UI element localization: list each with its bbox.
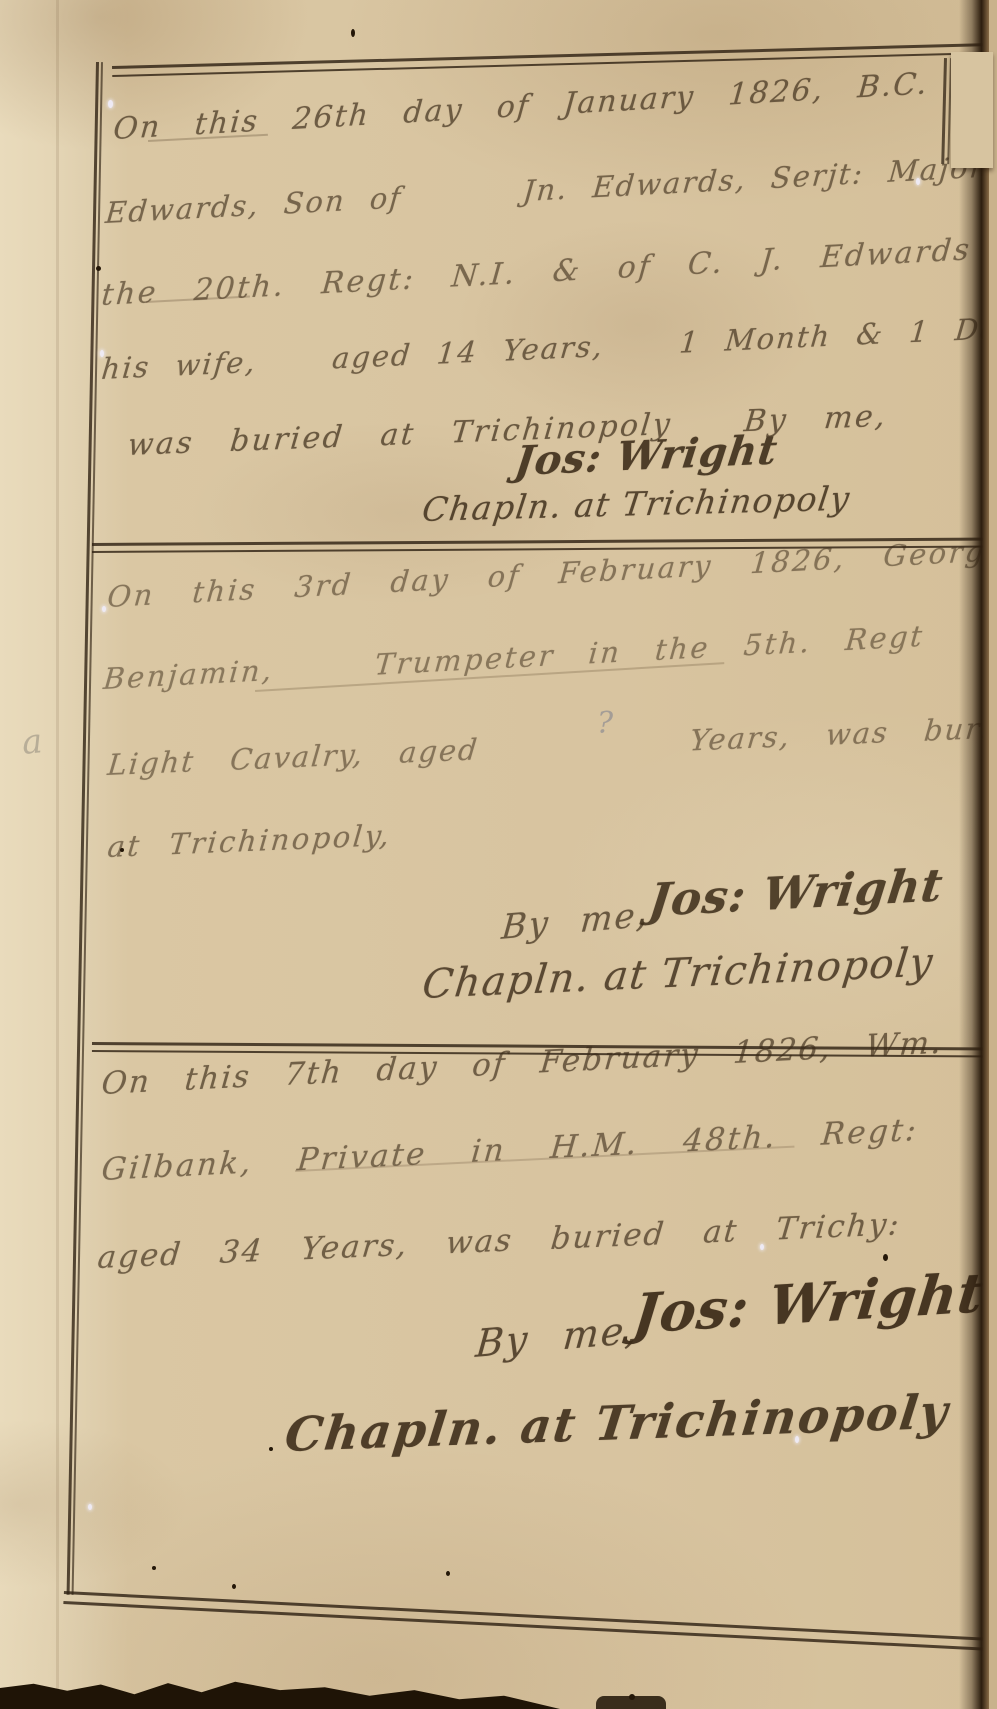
- paper-glint: [916, 178, 920, 185]
- paper-glint: [760, 1244, 764, 1250]
- ink-speck: [883, 1254, 888, 1261]
- ink-speck: [120, 848, 124, 852]
- ink-speck: [446, 1571, 450, 1576]
- ink-speck: [96, 266, 101, 271]
- ink-speck: [351, 29, 355, 37]
- paper-glint: [88, 1504, 92, 1510]
- paper-glint: [100, 350, 104, 357]
- register-page-photo: On this 26th day of January 1826, B.C. E…: [0, 0, 997, 1709]
- pencil-question-mark: ?: [597, 706, 613, 741]
- ink-speck: [629, 1694, 635, 1700]
- paper-crease: [56, 0, 59, 1709]
- marginal-pencil-mark: a: [20, 721, 44, 763]
- torn-page-edge: [959, 0, 989, 1709]
- ink-speck: [269, 1447, 273, 1451]
- ink-speck: [232, 1584, 236, 1589]
- paper-glint: [102, 606, 106, 612]
- paper-glint: [108, 100, 113, 108]
- ink-speck: [152, 1566, 156, 1570]
- paper-glint: [795, 1436, 799, 1443]
- page-edge-tab: [951, 52, 993, 168]
